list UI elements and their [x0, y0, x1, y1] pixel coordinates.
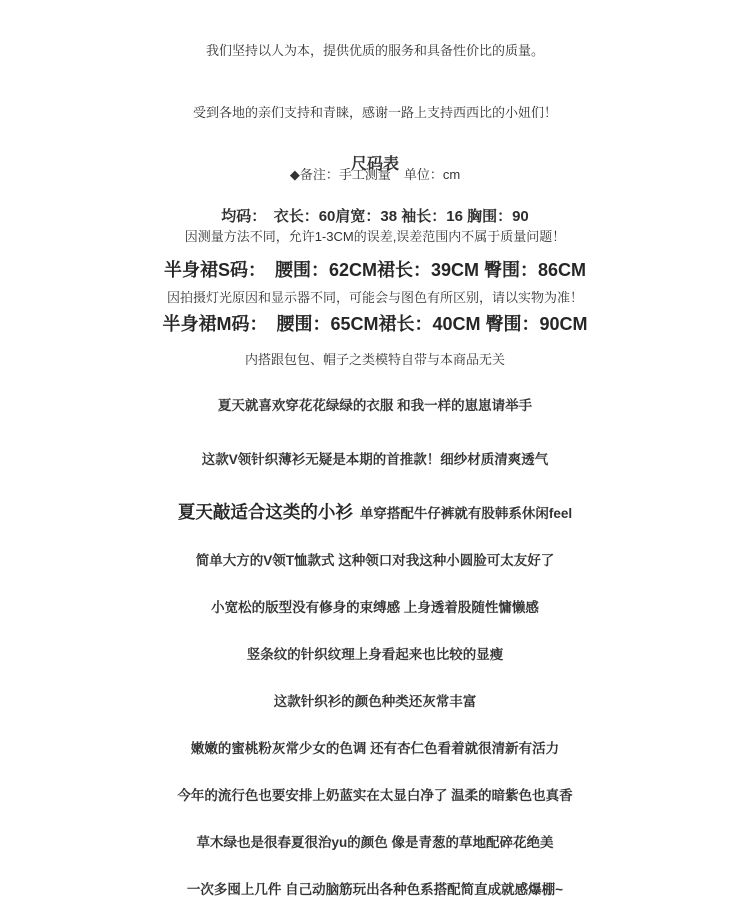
description-line: 嫩嫩的蜜桃粉灰常少女的色调 还有杏仁色看着就很清新有活力 — [0, 737, 750, 757]
description-line: 竖条纹的针织纹理上身看起来也比较的显瘦 — [0, 643, 750, 663]
description-line: 这款针织衫的颜色种类还灰常丰富 — [0, 690, 750, 710]
size-skirt-m-row: 半身裙M码： 腰围：65CM裙长：40CM 臀围：90CM — [0, 310, 750, 336]
accessories-note-line: 内搭跟包包、帽子之类模特自带与本商品无关 — [0, 350, 750, 371]
highlight-big-text: 夏天敲适合这类的小衫 — [178, 502, 353, 522]
store-notice-line: 受到各地的亲们支持和青睐，感谢一路上支持西西比的小妞们！ — [0, 103, 750, 124]
tolerance-note-line: 因测量方法不同，允许1-3CM的误差,误差范围内不属于质量问题！ — [0, 227, 750, 248]
product-description-page: 我们坚持以人为本，提供优质的服务和具备性价比的质量。 受到各地的亲们支持和青睐，… — [0, 0, 750, 922]
description-highlight-line: 夏天敲适合这类的小衫单穿搭配牛仔裤就有股韩系休闲feel — [0, 499, 750, 524]
size-chart-title: 尺码表 — [0, 151, 750, 174]
description-line: 简单大方的V领T恤款式 这种领口对我这种小圆脸可太友好了 — [0, 549, 750, 569]
description-line: 今年的流行色也要安排上奶蓝实在太显白净了 温柔的暗紫色也真香 — [0, 784, 750, 804]
highlight-small-text: 单穿搭配牛仔裤就有股韩系休闲feel — [360, 506, 572, 521]
description-line: 小宽松的版型没有修身的束缚感 上身透着股随性慵懒感 — [0, 596, 750, 616]
description-line: 这款V领针织薄衫无疑是本期的首推款！细纱材质清爽透气 — [0, 448, 750, 468]
size-skirt-s-row: 半身裙S码： 腰围：62CM裙长：39CM 臀围：86CM — [0, 256, 750, 282]
color-difference-note-line: 因拍摄灯光原因和显示器不同，可能会与图色有所区别，请以实物为准！ — [0, 288, 750, 309]
store-notice-line: 我们坚持以人为本，提供优质的服务和具备性价比的质量。 — [0, 41, 750, 62]
description-line: 草木绿也是很春夏很治yu的颜色 像是青葱的草地配碎花绝美 — [0, 831, 750, 851]
description-line: 夏天就喜欢穿花花绿绿的衣服 和我一样的崽崽请举手 — [0, 394, 750, 414]
size-one-size-row: 均码： 衣长：60肩宽：38 袖长：16 胸围：90 — [0, 205, 750, 226]
description-line: 一次多囤上几件 自己动脑筋玩出各种色系搭配简直成就感爆棚~ — [0, 878, 750, 898]
